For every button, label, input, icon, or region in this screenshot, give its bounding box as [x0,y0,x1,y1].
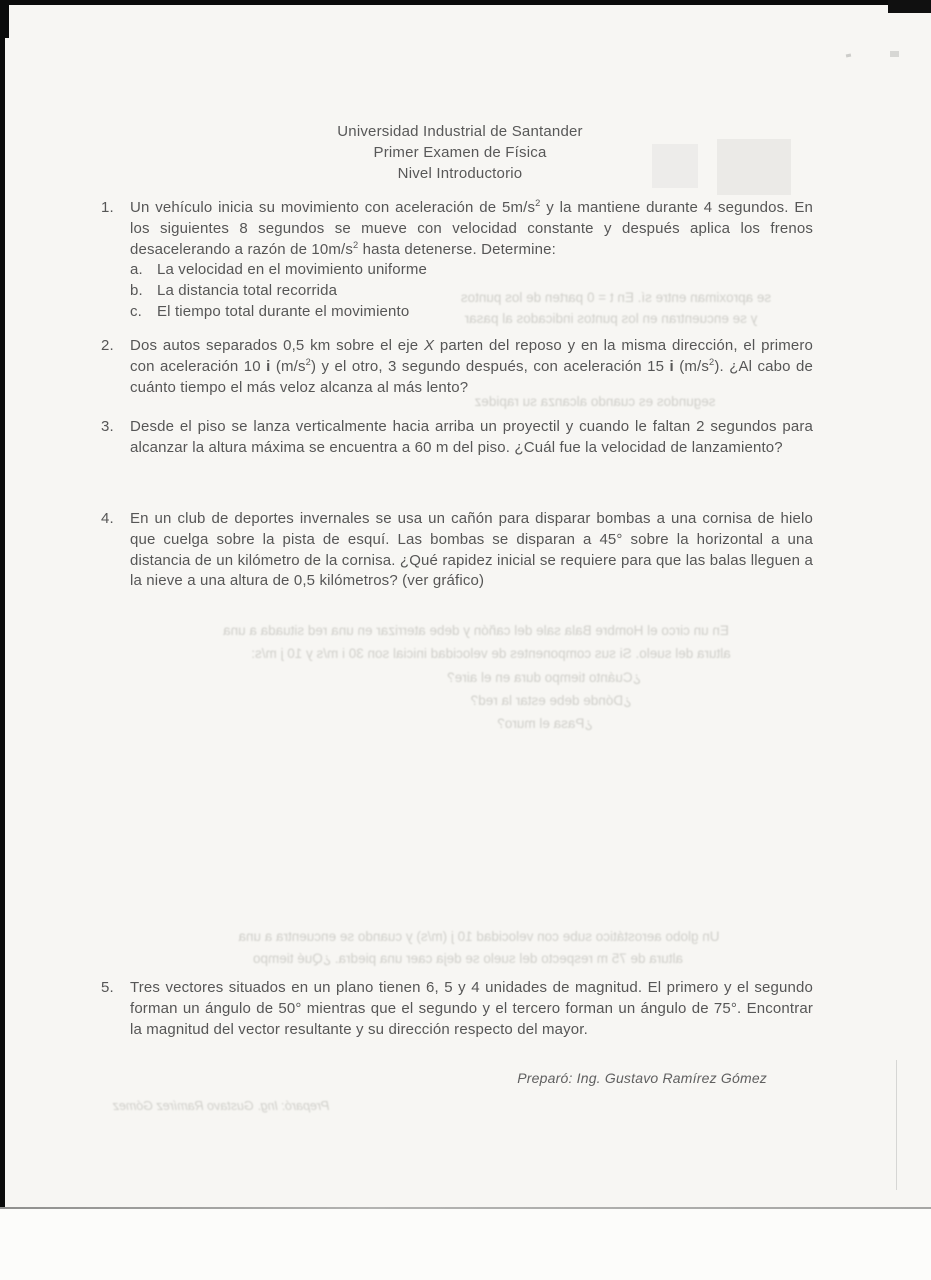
subitem-label: c. [130,302,157,323]
problem-number: 4. [101,509,130,592]
problem-number: 5. [101,978,130,1040]
bleedthrough-text: Un globo aerostático sube con velocidad … [148,929,810,944]
pencil-speck [890,51,899,57]
bleedthrough-text: se aproximan entre sí. En t = 0 parten d… [420,290,812,305]
problem-number: 2. [101,336,130,398]
bleedthrough-text: y se encuentran en los puntos indicados … [410,311,812,326]
problem-text: Desde el piso se lanza verticalmente hac… [130,417,813,459]
problem-number: 3. [101,417,130,459]
scan-corner-shadow [888,0,931,13]
bleedthrough-text: En un circo el Hombre Bala sale del cañó… [140,623,812,638]
problem-3: 3. Desde el piso se lanza verticalmente … [101,417,813,459]
problem-text: Un vehículo inicia su movimiento con ace… [130,198,813,260]
pencil-speck [846,54,852,58]
subitem-text: El tiempo total durante el movimiento [157,302,409,323]
bleedthrough-text: segundos es cuando alcanza su rapidez [430,394,760,409]
subitem-label: b. [130,281,157,302]
problem-text: Tres vectores situados en un plano tiene… [130,978,813,1040]
problem-text: Dos autos separados 0,5 km sobre el eje … [130,336,813,398]
subitem-text: La velocidad en el movimiento uniforme [157,260,427,281]
bleedthrough-text: altura del suelo. Si sus componentes de … [170,646,812,661]
prepared-by-signature: Preparó: Ing. Gustavo Ramírez Gómez [385,1070,767,1086]
scanner-backing [0,1209,931,1280]
problem-2: 2. Dos autos separados 0,5 km sobre el e… [101,336,813,398]
problem-number: 1. [101,198,130,323]
bleedthrough-text: altura de 75 m respecto del suelo se dej… [148,951,788,966]
university-name: Universidad Industrial de Santander [160,121,760,142]
bleedthrough-signature: Preparó: Ing. Gustavo Ramírez Gómez [112,1099,330,1113]
scan-left-border [0,0,5,1280]
subitem-a: a. La velocidad en el movimiento uniform… [130,260,813,281]
scan-left-border-notch [0,4,9,38]
problem-text: En un club de deportes invernales se usa… [130,509,813,592]
problem-4: 4. En un club de deportes invernales se … [101,509,813,592]
scanned-exam-page: Universidad Industrial de Santander Prim… [0,0,931,1280]
bleedthrough-text: ¿Pasa el muro? [430,716,660,731]
subitem-label: a. [130,260,157,281]
scan-top-border [0,0,931,5]
exam-level: Nivel Introductorio [160,163,760,184]
paper-right-edge [896,1060,897,1190]
bleedthrough-text: ¿Cuánto tiempo dura en el aire? [385,670,703,685]
subitem-text: La distancia total recorrida [157,281,337,302]
problem-5: 5. Tres vectores situados en un plano ti… [101,978,813,1040]
exam-header: Universidad Industrial de Santander Prim… [160,121,760,184]
exam-title: Primer Examen de Física [160,142,760,163]
bleedthrough-text: ¿Dónde debe estar la red? [415,693,687,708]
